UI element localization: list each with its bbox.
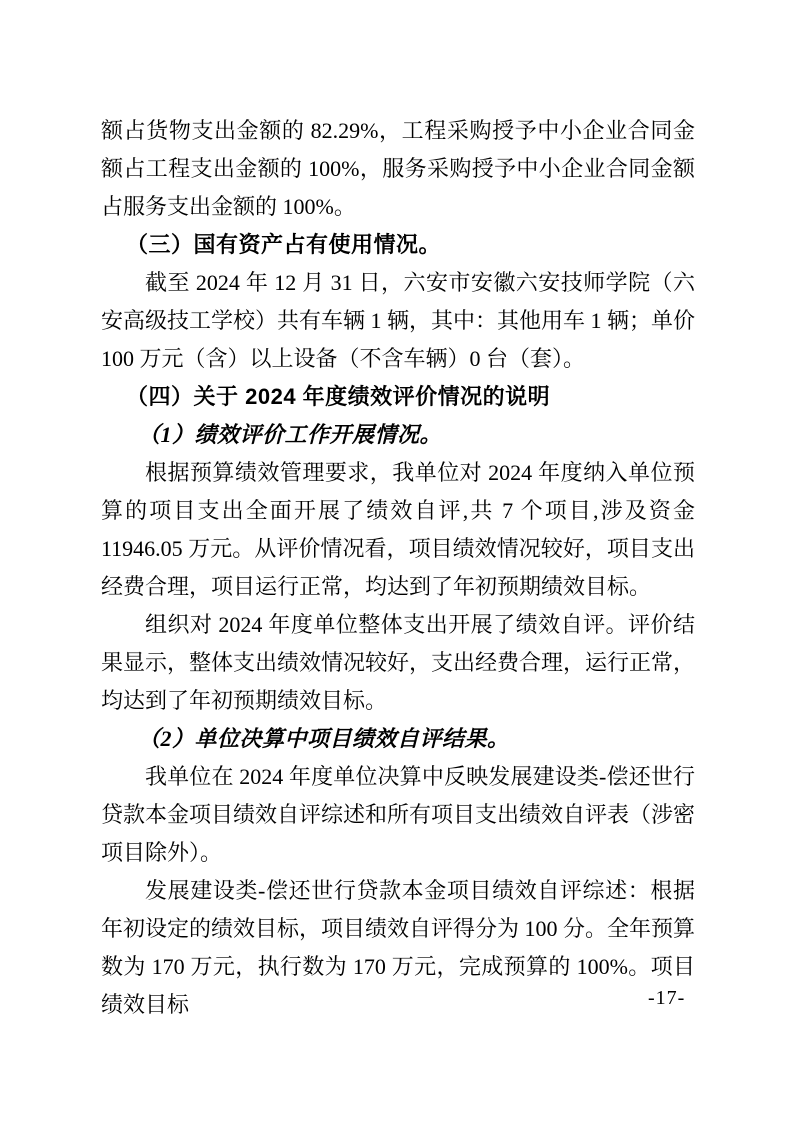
- paragraph-final-accounts-reflection: 我单位在 2024 年度单位决算中反映发展建设类-偿还世行贷款本金项目绩效自评综…: [101, 758, 695, 872]
- section-heading-performance-evaluation: （四）关于 2024 年度绩效评价情况的说明: [101, 378, 695, 416]
- subsection-heading-self-evaluation-results: （2）单位决算中项目绩效自评结果。: [101, 720, 695, 758]
- document-content: 额占货物支出金额的 82.29%，工程采购授予中小企业合同金额占工程支出金额的 …: [101, 112, 695, 1024]
- paragraph-procurement-continued: 额占货物支出金额的 82.29%，工程采购授予中小企业合同金额占工程支出金额的 …: [101, 112, 695, 226]
- paragraph-state-assets: 截至 2024 年 12 月 31 日，六安市安徽六安技师学院（六安高级技工学校…: [101, 264, 695, 378]
- paragraph-world-bank-loan-summary: 发展建设类-偿还世行贷款本金项目绩效自评综述：根据年初设定的绩效目标，项目绩效自…: [101, 872, 695, 1024]
- document-page: 额占货物支出金额的 82.29%，工程采购授予中小企业合同金额占工程支出金额的 …: [0, 0, 793, 1122]
- section-heading-state-assets: （三）国有资产占有使用情况。: [101, 226, 695, 264]
- paragraph-project-self-evaluation: 根据预算绩效管理要求，我单位对 2024 年度纳入单位预算的项目支出全面开展了绩…: [101, 454, 695, 606]
- subsection-heading-evaluation-work: （1）绩效评价工作开展情况。: [101, 416, 695, 454]
- page-number: -17-: [648, 986, 685, 1010]
- paragraph-overall-expenditure-evaluation: 组织对 2024 年度单位整体支出开展了绩效自评。评价结果显示，整体支出绩效情况…: [101, 606, 695, 720]
